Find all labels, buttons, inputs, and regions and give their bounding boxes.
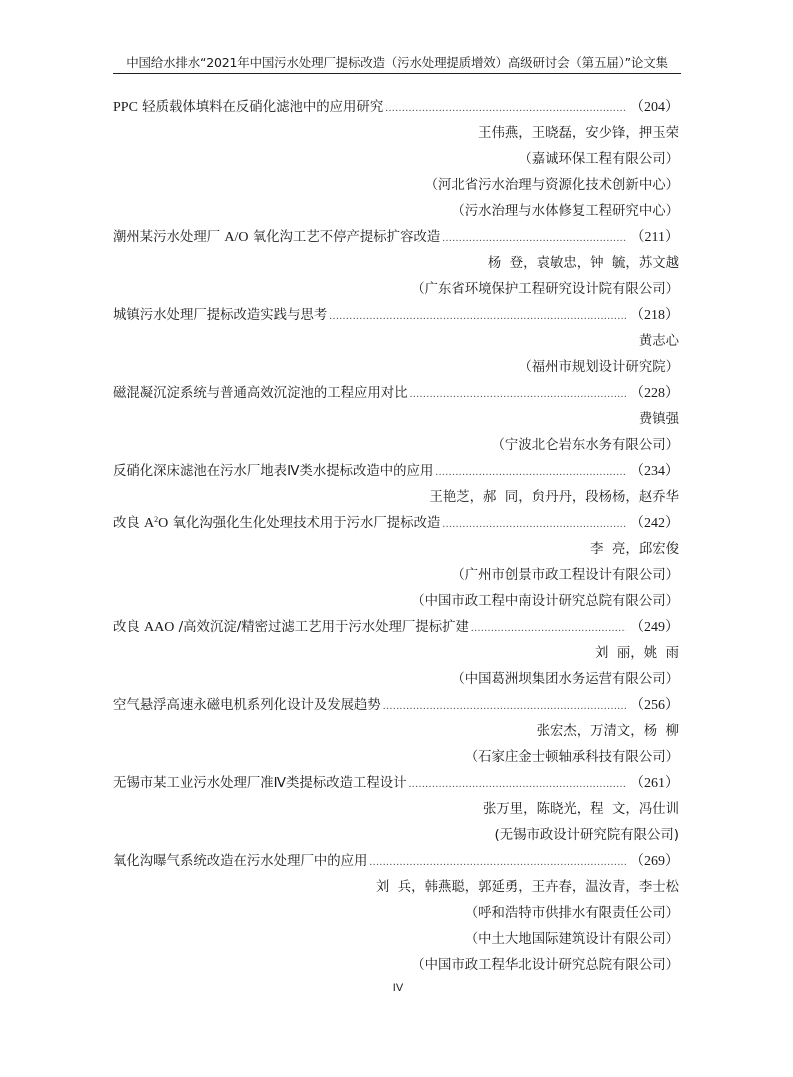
toc-authors: 刘 丽，姚 雨 — [113, 642, 679, 668]
toc-authors: 王伟燕，王晓磊，安少锋，押玉荣 — [113, 122, 679, 148]
table-of-contents: PPC 轻质载体填料在反硝化滤池中的应用研究 （204） 王伟燕，王晓磊，安少锋… — [113, 96, 679, 980]
toc-entry[interactable]: 改良 AAO /高效沉淀/精密过滤工艺用于污水处理厂提标扩建 （249） — [113, 616, 679, 642]
toc-authors: 王艳芝，郝 同，贠丹丹，段杨杨，赵乔华 — [113, 486, 679, 512]
toc-affiliation: （广州市创景市政工程设计有限公司） — [113, 564, 679, 590]
toc-authors: 费镇强 — [113, 408, 679, 434]
toc-authors: 刘 兵，韩燕聪，郭延勇，王卉春，温汝青，李士松 — [113, 876, 679, 902]
toc-entry-title: PPC 轻质载体填料在反硝化滤池中的应用研究 — [113, 96, 383, 120]
toc-entry[interactable]: 潮州某污水处理厂 A/O 氧化沟工艺不停产提标扩容改造 （211） — [113, 226, 679, 252]
toc-entry-title: 改良 AAO /高效沉淀/精密过滤工艺用于污水处理厂提标扩建 — [113, 616, 469, 640]
dot-leader — [410, 382, 626, 406]
toc-affiliation: （宁波北仑岩东水务有限公司） — [113, 434, 679, 460]
dot-leader — [471, 616, 626, 640]
toc-affiliation: （河北省污水治理与资源化技术创新中心） — [113, 174, 679, 200]
toc-entry-title: 空气悬浮高速永磁电机系列化设计及发展趋势 — [113, 694, 381, 718]
toc-affiliation: （石家庄金士顿轴承科技有限公司） — [113, 746, 679, 772]
toc-affiliation: （呼和浩特市供排水有限责任公司） — [113, 902, 679, 928]
toc-page-number: （218） — [630, 304, 679, 328]
dot-leader — [442, 512, 626, 536]
toc-affiliation: (无锡市政设计研究院有限公司) — [113, 824, 679, 850]
toc-entry[interactable]: 反硝化深床滤池在污水厂地表Ⅳ类水提标改造中的应用 （234） — [113, 460, 679, 486]
toc-page-number: （211） — [631, 226, 679, 250]
page-number: IV — [388, 982, 408, 994]
toc-affiliation: （中国市政工程华北设计研究总院有限公司） — [113, 954, 679, 980]
dot-leader — [369, 850, 626, 874]
toc-affiliation: （福州市规划设计研究院） — [113, 356, 679, 382]
toc-entry[interactable]: 磁混凝沉淀系统与普通高效沉淀池的工程应用对比 （228） — [113, 382, 679, 408]
running-header: 中国给水排水“2021年中国污水处理厂提标改造（污水处理提质增效）高级研讨会（第… — [113, 54, 681, 74]
dot-leader — [385, 96, 626, 120]
dot-leader — [329, 304, 626, 328]
toc-entry[interactable]: 空气悬浮高速永磁电机系列化设计及发展趋势 （256） — [113, 694, 679, 720]
toc-affiliation: （嘉诚环保工程有限公司） — [113, 148, 679, 174]
toc-entry-title: 磁混凝沉淀系统与普通高效沉淀池的工程应用对比 — [113, 382, 408, 406]
toc-page-number: （269） — [630, 850, 679, 874]
dot-leader — [409, 772, 626, 796]
toc-authors: 张万里，陈晓光，程 文，冯仕训 — [113, 798, 679, 824]
toc-affiliation: （中土大地国际建筑设计有限公司） — [113, 928, 679, 954]
toc-entry[interactable]: PPC 轻质载体填料在反硝化滤池中的应用研究 （204） — [113, 96, 679, 122]
toc-affiliation: （广东省环境保护工程研究设计院有限公司） — [113, 278, 679, 304]
toc-page-number: （234） — [630, 460, 679, 484]
toc-page-number: （256） — [630, 694, 679, 718]
toc-authors: 黄志心 — [113, 330, 679, 356]
toc-page-number: （228） — [630, 382, 679, 406]
toc-page-number: （261） — [630, 772, 679, 796]
toc-entry-title: 反硝化深床滤池在污水厂地表Ⅳ类水提标改造中的应用 — [113, 460, 433, 484]
toc-entry[interactable]: 无锡市某工业污水处理厂准Ⅳ类提标改造工程设计 （261） — [113, 772, 679, 798]
toc-entry[interactable]: 氧化沟曝气系统改造在污水处理厂中的应用 （269） — [113, 850, 679, 876]
toc-entry[interactable]: 改良 A2O 氧化沟强化生化处理技术用于污水厂提标改造 （242） — [113, 512, 679, 538]
toc-entry[interactable]: 城镇污水处理厂提标改造实践与思考 （218） — [113, 304, 679, 330]
toc-authors: 杨 登，袁敏忠，钟 毓，苏文越 — [113, 252, 679, 278]
toc-entry-title: 改良 A2O 氧化沟强化生化处理技术用于污水厂提标改造 — [113, 512, 440, 536]
dot-leader — [383, 694, 626, 718]
toc-page-number: （204） — [630, 96, 679, 120]
dot-leader — [442, 226, 626, 250]
toc-affiliation: （中国市政工程中南设计研究总院有限公司） — [113, 590, 679, 616]
toc-entry-title: 无锡市某工业污水处理厂准Ⅳ类提标改造工程设计 — [113, 772, 407, 796]
toc-affiliation: （污水治理与水体修复工程研究中心） — [113, 200, 679, 226]
dot-leader — [435, 460, 626, 484]
toc-affiliation: （中国葛洲坝集团水务运营有限公司） — [113, 668, 679, 694]
toc-page-number: （242） — [630, 512, 679, 536]
toc-authors: 李 亮，邱宏俊 — [113, 538, 679, 564]
toc-authors: 张宏杰，万清文，杨 柳 — [113, 720, 679, 746]
toc-page-number: （249） — [630, 616, 679, 640]
toc-entry-title: 潮州某污水处理厂 A/O 氧化沟工艺不停产提标扩容改造 — [113, 226, 440, 250]
toc-entry-title: 城镇污水处理厂提标改造实践与思考 — [113, 304, 327, 328]
toc-entry-title: 氧化沟曝气系统改造在污水处理厂中的应用 — [113, 850, 367, 874]
